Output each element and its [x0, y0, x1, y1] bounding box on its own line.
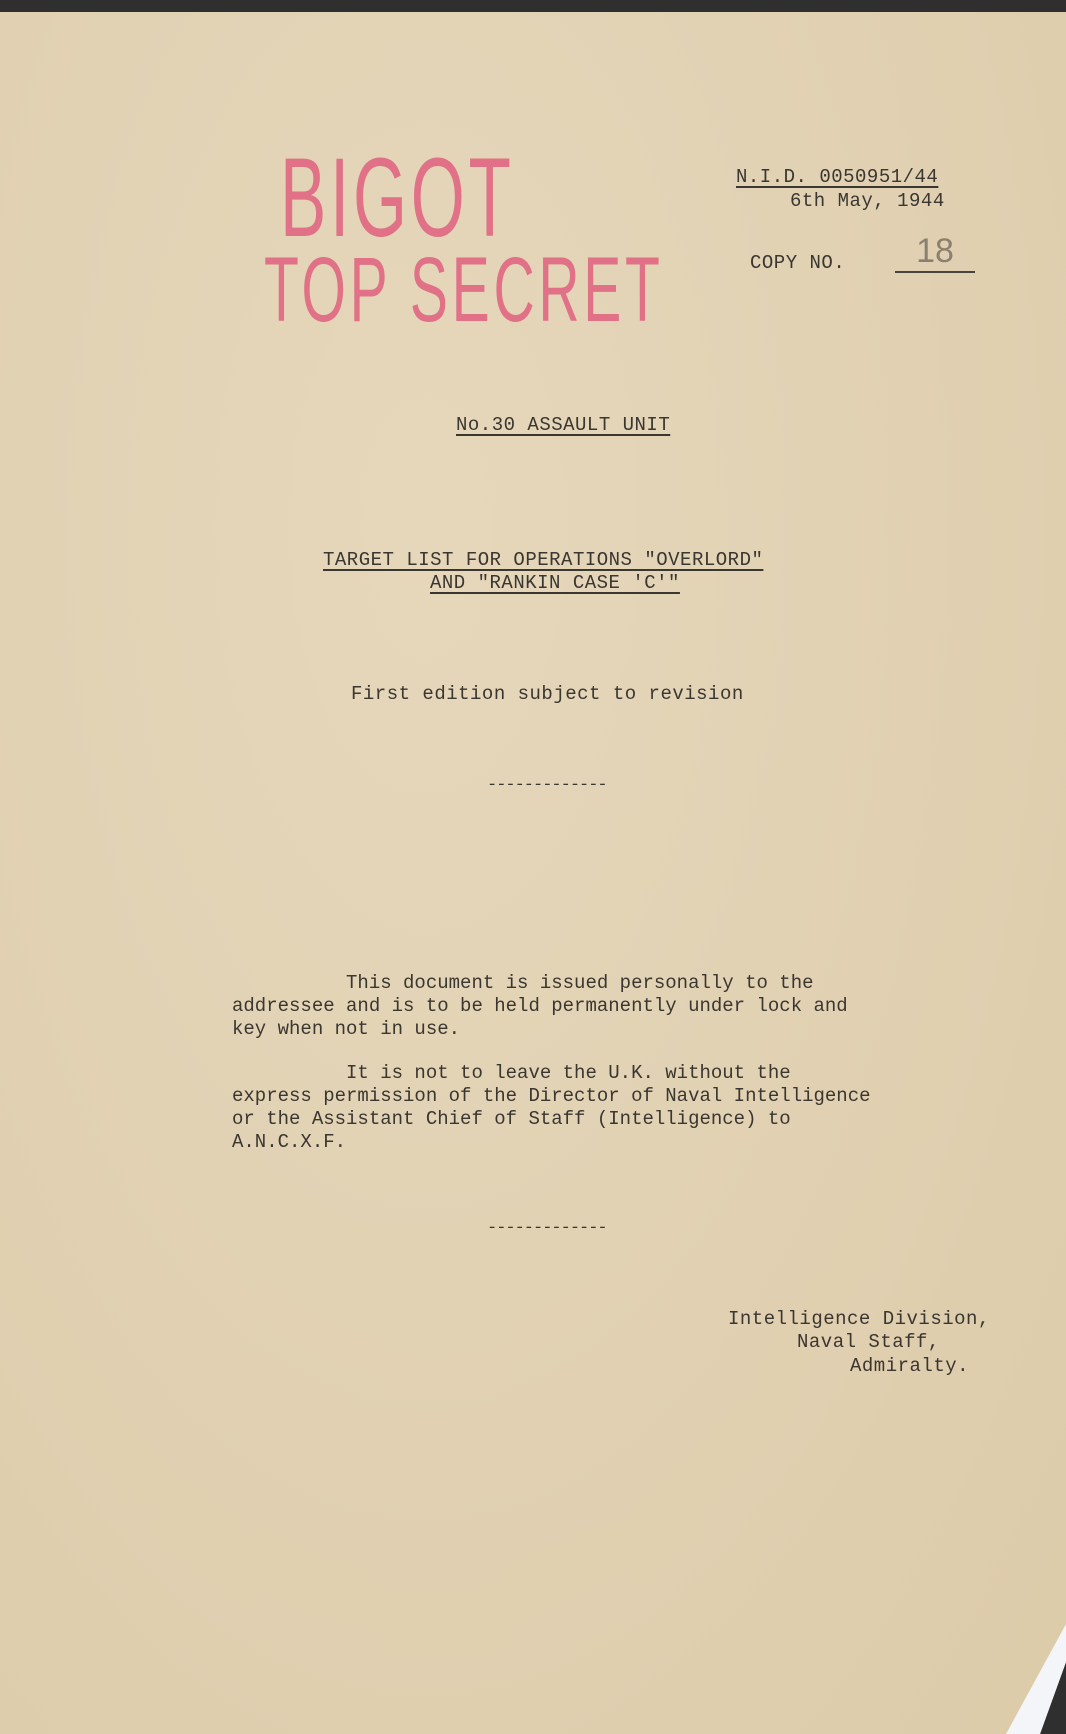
signature-line-3: Admiralty. [850, 1355, 969, 1377]
viewer-top-bar [0, 0, 1066, 12]
paragraph-issued-personally: This document is issued personally to th… [232, 972, 1012, 1041]
signature-line-1: Intelligence Division, [728, 1308, 990, 1330]
copy-number-value: 18 [895, 232, 975, 273]
title-line-1: TARGET LIST FOR OPERATIONS "OVERLORD" [323, 549, 763, 571]
copy-number-label: COPY NO. [750, 252, 845, 274]
unit-title: No.30 ASSAULT UNIT [456, 414, 670, 436]
nid-reference: N.I.D. 0050951/44 [736, 166, 938, 188]
separator-1: ------------- [487, 776, 607, 795]
separator-2: ------------- [487, 1219, 607, 1238]
bigot-stamp: BIGOT [280, 148, 515, 248]
document-date: 6th May, 1944 [790, 190, 945, 212]
paragraph-not-to-leave-uk: It is not to leave the U.K. without the … [232, 1062, 1012, 1154]
top-secret-stamp: TOP SECRET [264, 250, 664, 330]
torn-corner [1006, 1624, 1066, 1734]
edition-note: First edition subject to revision [351, 683, 744, 705]
title-line-2: AND "RANKIN CASE 'C'" [430, 572, 680, 594]
signature-line-2: Naval Staff, [797, 1331, 940, 1353]
